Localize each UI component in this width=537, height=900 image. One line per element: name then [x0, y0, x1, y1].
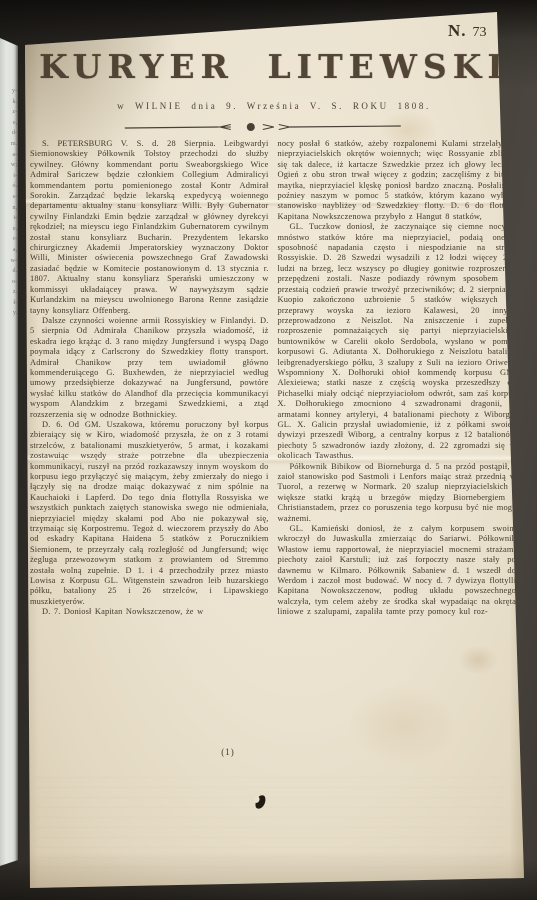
photo-backdrop: y- k. z- e, d- m. a- w; t- ó. s- n, i- e… [0, 0, 537, 900]
paragraph: Dalsze czynności woienne armii Rossyiski… [30, 316, 269, 420]
adjacent-page-edge: y- k. z- e, d- m. a- w; t- ó. s- n, i- e… [0, 38, 18, 866]
ornament-divider [123, 120, 403, 134]
paragraph: GL. Kamieński doniosł, że z całym korpus… [278, 524, 517, 618]
issue-number: N.73 [448, 21, 487, 41]
adjacent-page-text-fragments: y- k. z- e, d- m. a- w; t- ó. s- n, i- e… [3, 86, 17, 319]
article-body: S. PETERSBURG V. S. d. 28 Sierpnia. Leib… [30, 139, 516, 771]
paragraph: GL. Tuczkow doniosł, że zaczynaiące się … [278, 222, 517, 461]
column-left: S. PETERSBURG V. S. d. 28 Sierpnia. Leib… [30, 139, 269, 771]
column-right: nocy posłał 6 statków, ażeby rozpalonemi… [278, 139, 517, 771]
paragraph: D. 7. Doniosł Kapitan Nowkszczenow, że w [30, 607, 269, 617]
issue-number-label: N. [448, 21, 467, 40]
paragraph: Półkownik Bibikow od Biorneburga d. 5 na… [278, 462, 517, 524]
paragraph: nocy posłał 6 statków, ażeby rozpalonemi… [278, 139, 517, 222]
ink-showthrough [36, 777, 504, 873]
page-number: (1) [198, 747, 258, 757]
masthead-dateline: w WILNIE dnia 9. Września V. S. ROKU 180… [18, 101, 530, 111]
paragraph: D. 6. Od GM. Uszakowa, któremu poruczony… [30, 420, 269, 607]
issue-number-value: 73 [473, 25, 487, 40]
newspaper-page: N.73 KURYER LITEWSKI w WILNIE dnia 9. Wr… [18, 5, 530, 895]
paragraph: S. PETERSBURG V. S. d. 28 Sierpnia. Leib… [30, 139, 269, 316]
masthead-title: KURYER LITEWSKI [18, 47, 530, 86]
